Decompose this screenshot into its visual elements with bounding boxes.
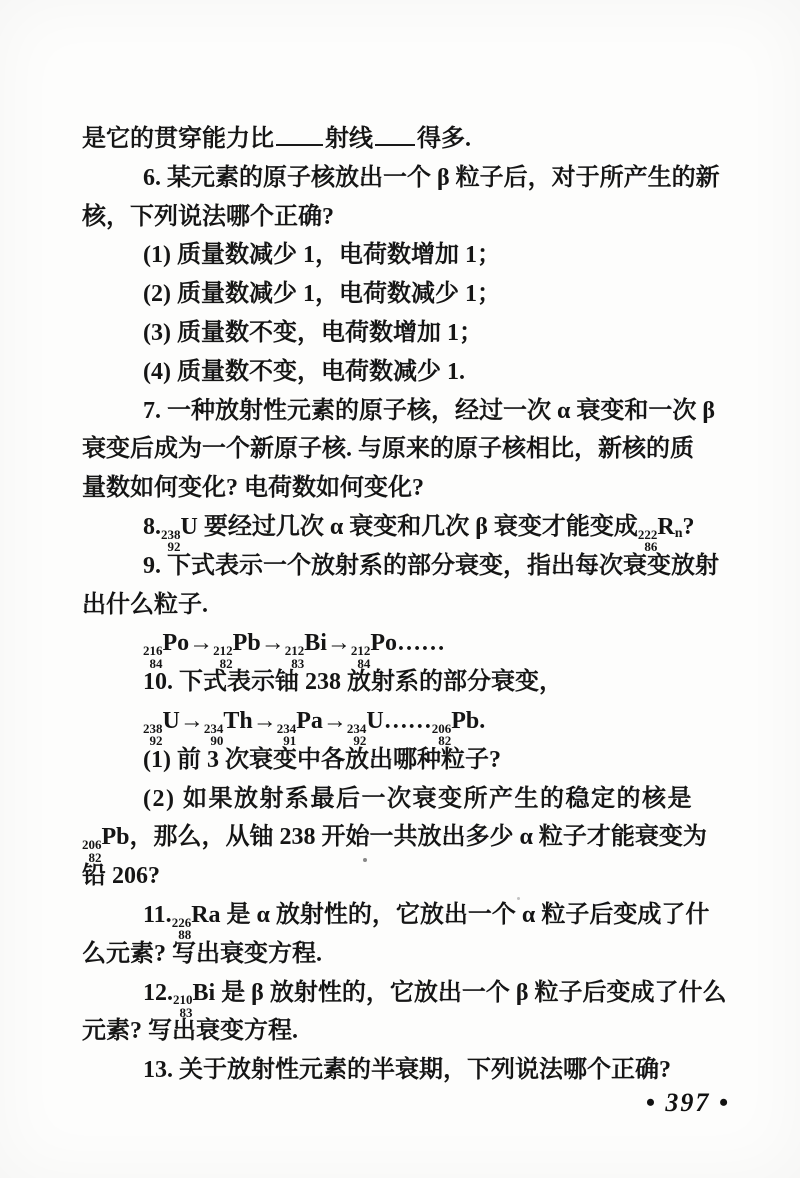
text-line: 21684Po→21282Pb→21283Bi→21284Po…… <box>82 624 742 663</box>
text-run: (1) 前 3 次衰变中各放出哪种粒子? <box>143 747 501 773</box>
scan-speck <box>363 858 367 862</box>
nuclide-notation: 23892U <box>161 514 198 540</box>
text-run: 衰变后成为一个新原子核. 与原来的原子核相比，新核的质 <box>82 436 694 462</box>
text-run: 10. 下式表示铀 238 放射系的部分衰变， <box>143 669 563 695</box>
text-run: 7. 一种放射性元素的原子核，经过一次 α 衰变和一次 β <box>143 398 715 424</box>
text-run: 量数如何变化? 电荷数如何变化? <box>82 475 424 501</box>
text-run: ? <box>683 514 695 540</box>
text-run: . <box>479 708 485 734</box>
nuclide-notation: 21083Bi <box>173 980 215 1006</box>
text-line: 8.23892U 要经过几次 α 衰变和几次 β 衰变才能变成22286Rn? <box>82 508 742 547</box>
text-run: 13. 关于放射性元素的半衰期，下列说法哪个正确? <box>143 1057 671 1083</box>
text-run: 是 α 放射性的，它放出一个 α 粒子后变成了什 <box>221 902 710 928</box>
nuclide-notation: 22286Rn <box>638 514 683 540</box>
nuclide-notation: 23491Pa <box>277 708 323 734</box>
text-line: 20682Pb，那么，从铀 238 开始一共放出多少 α 粒子才能衰变为 <box>82 818 742 857</box>
text-run: (4) 质量数不变，电荷数减少 1. <box>143 359 465 385</box>
page-number: • 397 • <box>646 1088 730 1118</box>
text-run: (2) 质量数减少 1，电荷数减少 1； <box>143 281 501 307</box>
nuclide-notation: 21283Bi <box>285 630 327 656</box>
text-line: 7. 一种放射性元素的原子核，经过一次 α 衰变和一次 β <box>82 392 742 431</box>
text-run: 得多. <box>417 126 471 152</box>
text-line: 11.22688Ra 是 α 放射性的，它放出一个 α 粒子后变成了什 <box>82 896 742 935</box>
text-line: 12.21083Bi 是 β 放射性的，它放出一个 β 粒子后变成了什么 <box>82 974 742 1013</box>
text-run: …… <box>384 708 432 734</box>
nuclide-notation: 22688Ra <box>172 902 221 928</box>
text-line: 核，下列说法哪个正确? <box>82 198 742 237</box>
scan-speck <box>517 897 520 900</box>
text-line: 元素? 写出衰变方程. <box>82 1012 742 1051</box>
text-line: 6. 某元素的原子核放出一个 β 粒子后，对于所产生的新 <box>82 159 742 198</box>
text-run: → <box>327 630 351 656</box>
text-run: → <box>261 630 285 656</box>
nuclide-notation: 20682Pb <box>82 824 130 850</box>
text-run: 是 β 放射性的，它放出一个 β 粒子后变成了什么 <box>215 980 726 1006</box>
text-run: → <box>253 708 277 734</box>
text-run: (3) 质量数不变，电荷数增加 1； <box>143 320 483 346</box>
text-run: 出什么粒子. <box>82 592 208 618</box>
text-run: 么元素? 写出衰变方程. <box>82 941 322 967</box>
text-run: 是它的贯穿能力比 <box>82 126 274 152</box>
text-run: 核，下列说法哪个正确? <box>82 204 334 230</box>
nuclide-notation: 23490Th <box>204 708 253 734</box>
body-text: 是它的贯穿能力比射线得多.6. 某元素的原子核放出一个 β 粒子后，对于所产生的… <box>82 120 742 1090</box>
text-run: 要经过几次 α 衰变和几次 β 衰变才能变成 <box>198 514 638 540</box>
text-run: 6. 某元素的原子核放出一个 β 粒子后，对于所产生的新 <box>143 165 720 191</box>
text-run: 11. <box>143 902 172 928</box>
text-line: 10. 下式表示铀 238 放射系的部分衰变， <box>82 663 742 702</box>
text-line: (2) 质量数减少 1，电荷数减少 1； <box>82 275 742 314</box>
text-line: 衰变后成为一个新原子核. 与原来的原子核相比，新核的质 <box>82 430 742 469</box>
text-run: → <box>189 630 213 656</box>
text-run: 9. 下式表示一个放射系的部分衰变，指出每次衰变放射 <box>143 553 719 579</box>
blank-underline <box>375 141 415 146</box>
nuclide-notation: 23892U <box>143 708 180 734</box>
text-line: 23892U→23490Th→23491Pa→23492U……20682Pb. <box>82 702 742 741</box>
text-line: (1) 前 3 次衰变中各放出哪种粒子? <box>82 741 742 780</box>
text-run: 元素? 写出衰变方程. <box>82 1018 298 1044</box>
text-line: 13. 关于放射性元素的半衰期，下列说法哪个正确? <box>82 1051 742 1090</box>
text-run: 8. <box>143 514 161 540</box>
nuclide-notation: 23492U <box>347 708 384 734</box>
text-run: (1) 质量数减少 1，电荷数增加 1； <box>143 242 501 268</box>
text-run: (2) 如果放射系最后一次衰变所产生的稳定的核是 <box>143 786 693 812</box>
text-run: …… <box>397 630 445 656</box>
text-run: 铅 206? <box>82 863 160 889</box>
text-line: 么元素? 写出衰变方程. <box>82 935 742 974</box>
text-run: → <box>180 708 204 734</box>
nuclide-notation: 21284Po <box>351 630 397 656</box>
text-run: 12. <box>143 980 173 1006</box>
text-line: 是它的贯穿能力比射线得多. <box>82 120 742 159</box>
text-line: (4) 质量数不变，电荷数减少 1. <box>82 353 742 392</box>
text-run: 射线 <box>325 126 373 152</box>
text-line: 9. 下式表示一个放射系的部分衰变，指出每次衰变放射 <box>82 547 742 586</box>
text-run: → <box>323 708 347 734</box>
text-line: 铅 206? <box>82 857 742 896</box>
nuclide-notation: 20682Pb <box>432 708 480 734</box>
text-line: 量数如何变化? 电荷数如何变化? <box>82 469 742 508</box>
text-run: ，那么，从铀 238 开始一共放出多少 α 粒子才能衰变为 <box>130 824 707 850</box>
text-line: 出什么粒子. <box>82 586 742 625</box>
blank-underline <box>276 141 323 146</box>
text-line: (3) 质量数不变，电荷数增加 1； <box>82 314 742 353</box>
text-line: (2) 如果放射系最后一次衰变所产生的稳定的核是 <box>82 780 742 819</box>
text-line: (1) 质量数减少 1，电荷数增加 1； <box>82 236 742 275</box>
nuclide-notation: 21684Po <box>143 630 189 656</box>
nuclide-notation: 21282Pb <box>213 630 261 656</box>
scanned-book-page: 是它的贯穿能力比射线得多.6. 某元素的原子核放出一个 β 粒子后，对于所产生的… <box>0 0 800 1178</box>
